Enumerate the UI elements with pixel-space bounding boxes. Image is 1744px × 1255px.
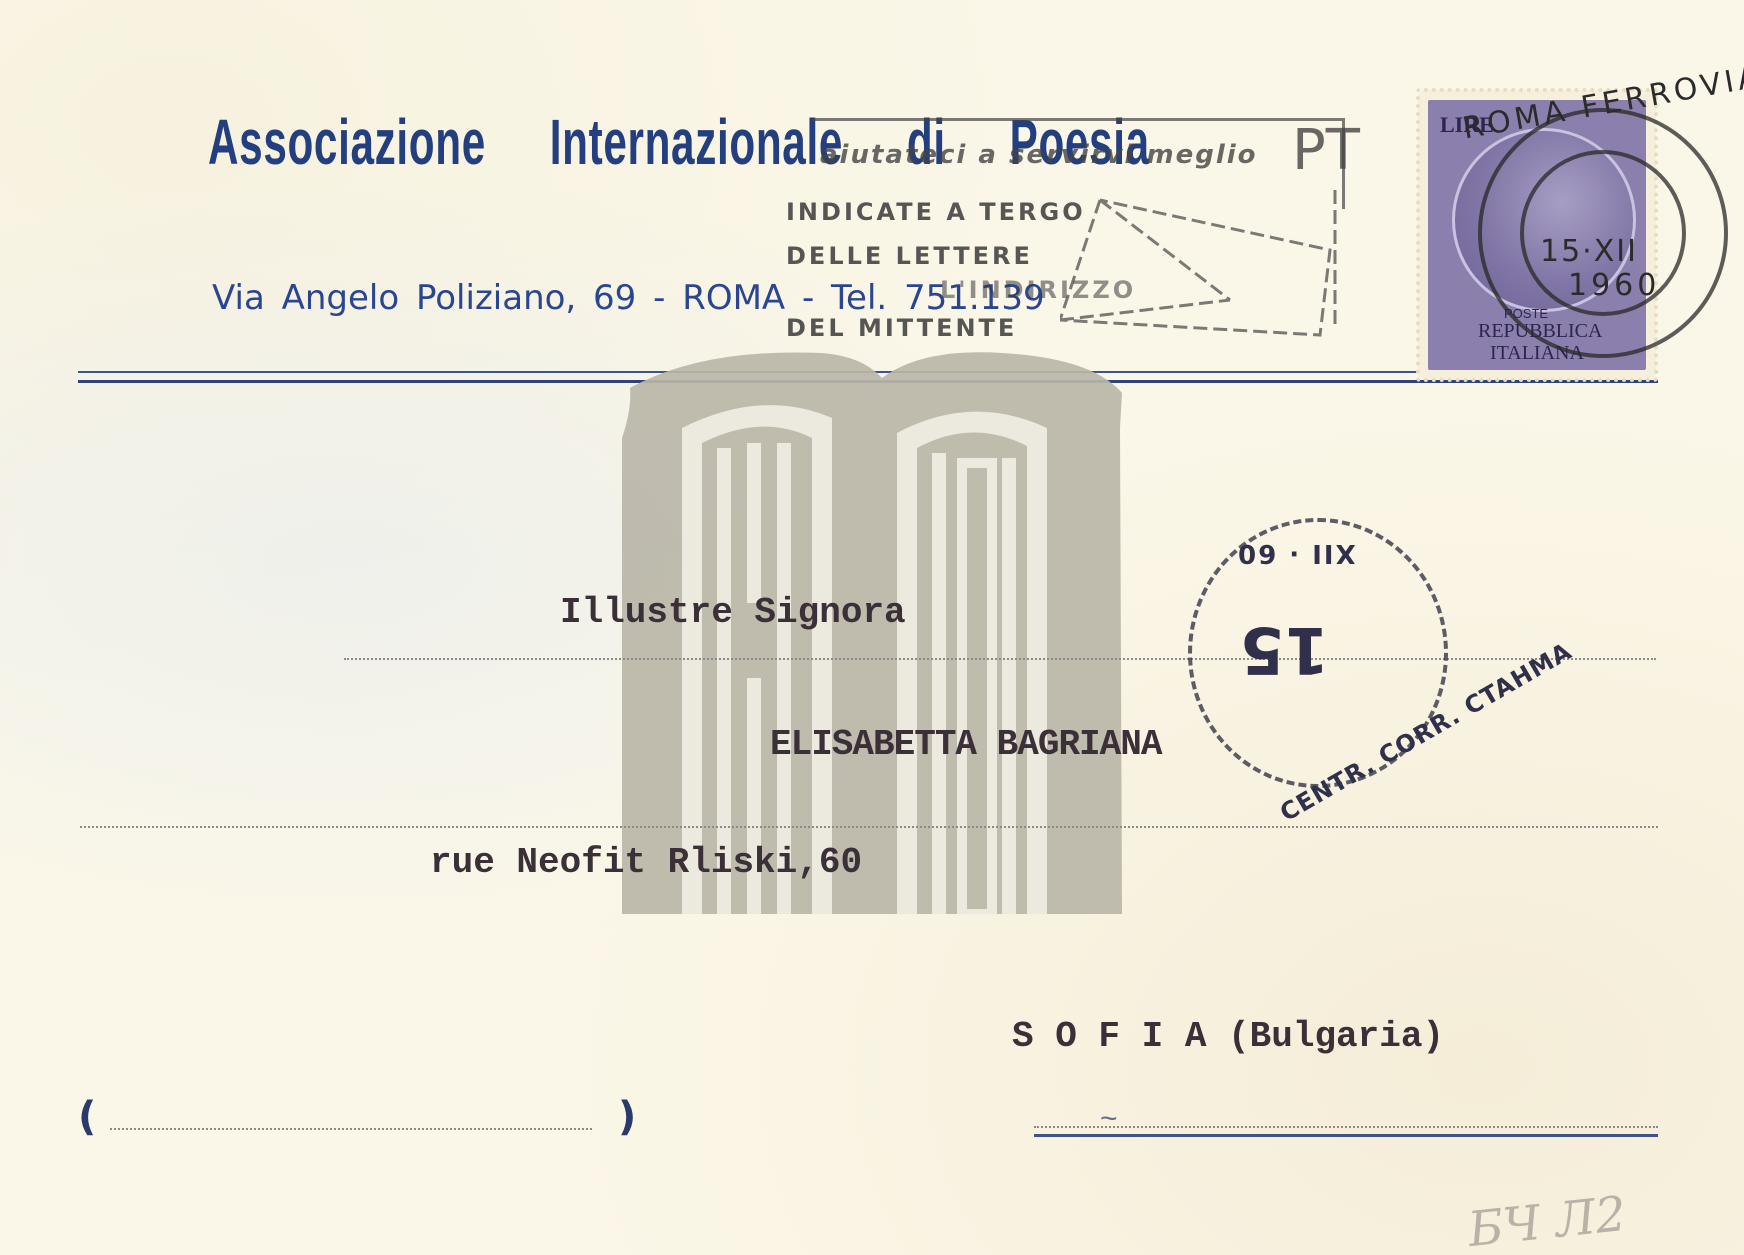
sender-open-paren: ( <box>78 1094 96 1140</box>
organization-address: Via Angelo Poliziano, 69 - ROMA - Tel. 7… <box>212 278 1045 318</box>
ink-mark: ~ <box>1100 1102 1118 1136</box>
slogan-box-letter: PT <box>1292 118 1360 183</box>
slogan-line-4: DEL MITTENTE <box>786 314 1017 342</box>
pencil-annotation: БЧ Л2 <box>1466 1186 1629 1255</box>
receiving-postmark-top-text: XII · 60 <box>1236 538 1356 568</box>
address-line-3 <box>1034 1126 1658 1128</box>
recipient-street: rue Neofit Rliski,60 <box>430 842 862 883</box>
receiving-postmark-number: 15 <box>1240 612 1329 686</box>
slogan-line-2: DELLE LETTERE <box>786 242 1033 270</box>
recipient-city: S O F I A (Bulgaria) <box>1012 1016 1444 1057</box>
postmark-year: 1960 <box>1568 268 1660 303</box>
sender-line <box>110 1128 592 1130</box>
address-line-1 <box>344 658 1656 660</box>
postmark-date: 15·XII <box>1540 234 1638 269</box>
recipient-salutation: Illustre Signora <box>560 592 906 633</box>
slogan-cursive-text: aiutateci a servirvi meglio <box>820 140 1258 170</box>
recipient-name: ELISABETTA BAGRIANA <box>770 724 1161 765</box>
address-underline <box>1034 1134 1658 1137</box>
envelope-cancel-icon <box>1060 190 1350 340</box>
slogan-line-1: INDICATE A TERGO <box>786 198 1086 226</box>
sender-close-paren: ) <box>618 1094 636 1140</box>
address-line-2 <box>80 826 1658 828</box>
